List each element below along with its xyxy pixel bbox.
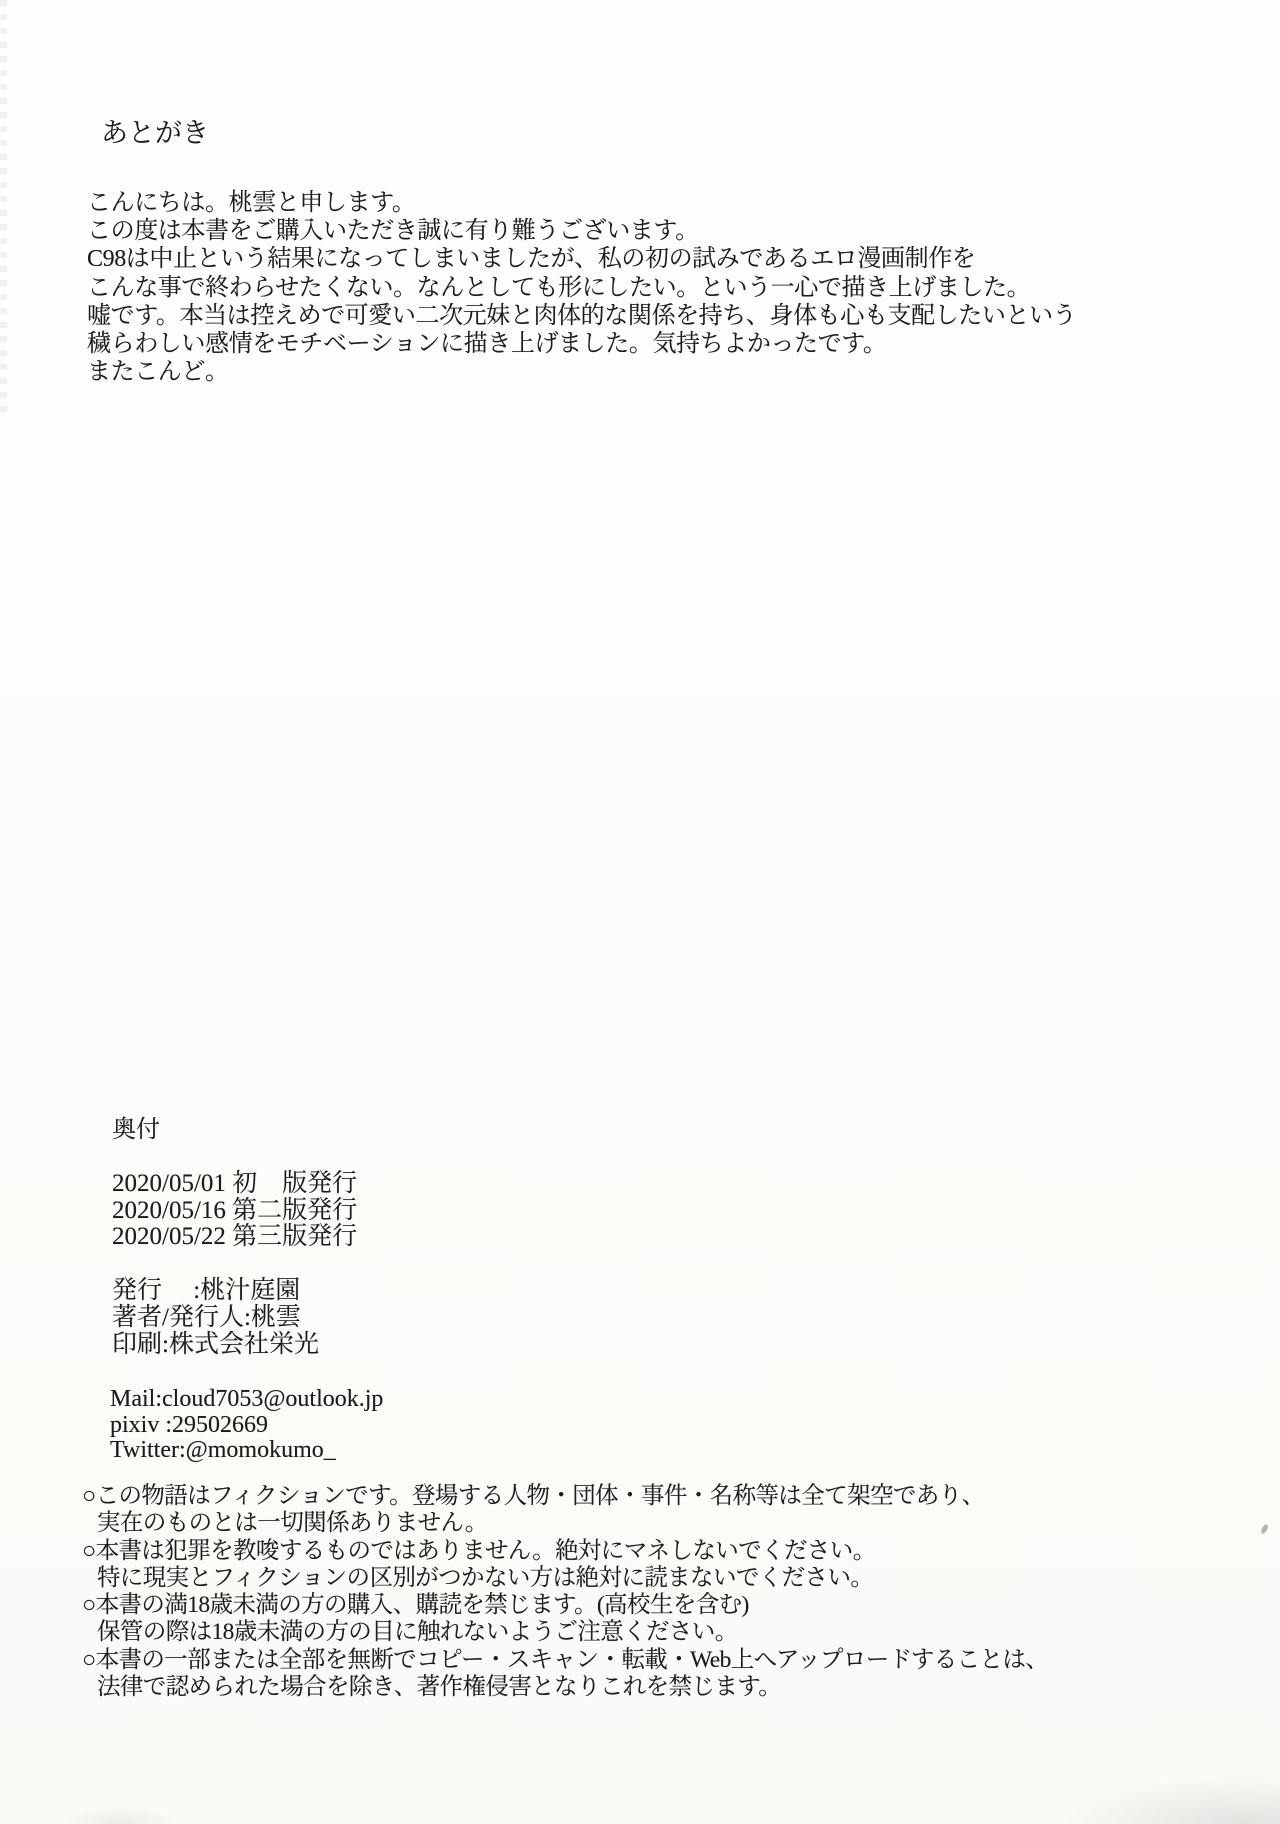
scanned-afterword-page: あとがき こんにちは。桃雲と申します。 この度は本書をご購入いただき誠に有り難う… <box>0 0 1280 1824</box>
afterword-line: 嘘です。本当は控えめで可愛い二次元妹と肉体的な関係を持ち、身体も心も支配したいと… <box>87 302 1076 330</box>
edition-line: 2020/05/22 第三版発行 <box>112 1224 357 1251</box>
notice-line: 特に現実とフィクションの区別がつかない方は絶対に読まないでください。 <box>82 1565 1048 1592</box>
edition-history: 2020/05/01 初 版発行 2020/05/16 第二版発行 2020/0… <box>112 1171 357 1251</box>
colophon-heading: 奥付 <box>112 1116 160 1144</box>
afterword-line: C98は中止という結果になってしまいましたが、私の初の試みであるエロ漫画制作を <box>87 245 1076 273</box>
afterword-line: この度は本書をご購入いただき誠に有り難うございます。 <box>87 217 1076 245</box>
afterword-body: こんにちは。桃雲と申します。 この度は本書をご購入いただき誠に有り難うございます… <box>87 189 1076 386</box>
scan-artifact-left-edge <box>0 0 7 420</box>
afterword-line: 穢らわしい感情をモチベーションに描き上げました。気持ちよかったです。 <box>87 330 1076 358</box>
scan-artifact-smudge <box>60 1806 180 1824</box>
notice-line: 保管の際は18歳未満の方の目に触れないようご注意ください。 <box>82 1619 1048 1646</box>
contact-info: Mail:cloud7053@outlook.jp pixiv :2950266… <box>110 1387 383 1464</box>
legal-notices: ○この物語はフィクションです。登場する人物・団体・事件・名称等は全て架空であり、… <box>82 1483 1048 1701</box>
notice-line: 実在のものとは一切関係ありません。 <box>82 1510 1048 1537</box>
mail-line: Mail:cloud7053@outlook.jp <box>110 1387 383 1413</box>
afterword-line: またこんど。 <box>87 358 1076 386</box>
notice-line: ○本書は犯罪を教唆するものではありません。絶対にマネしないでください。 <box>82 1538 1048 1565</box>
afterword-line: こんにちは。桃雲と申します。 <box>87 189 1076 217</box>
afterword-line: こんな事で終わらせたくない。なんとしても形にしたい。という一心で描き上げました。 <box>87 274 1076 302</box>
publisher-line: 発行 :桃汁庭園 <box>112 1278 319 1305</box>
scan-artifact-speck <box>1260 1523 1269 1534</box>
edition-line: 2020/05/16 第二版発行 <box>112 1198 357 1225</box>
notice-line: ○本書の一部または全部を無断でコピー・スキャン・転載・Web上へアップロードする… <box>82 1647 1048 1674</box>
notice-line: ○本書の満18歳未満の方の購入、購読を禁じます。(高校生を含む) <box>82 1592 1048 1619</box>
scan-artifact-smudge <box>1060 1774 1280 1824</box>
notice-line: 法律で認められた場合を除き、著作権侵害となりこれを禁じます。 <box>82 1674 1048 1701</box>
pixiv-line: pixiv :29502669 <box>110 1413 383 1439</box>
printer-line: 印刷:株式会社栄光 <box>112 1332 319 1359</box>
edition-line: 2020/05/01 初 版発行 <box>112 1171 357 1198</box>
afterword-heading: あとがき <box>101 117 209 149</box>
author-line: 著者/発行人:桃雲 <box>112 1305 319 1332</box>
notice-line: ○この物語はフィクションです。登場する人物・団体・事件・名称等は全て架空であり、 <box>82 1483 1048 1510</box>
publication-info: 発行 :桃汁庭園 著者/発行人:桃雲 印刷:株式会社栄光 <box>112 1278 319 1358</box>
twitter-line: Twitter:@momokumo_ <box>110 1438 383 1464</box>
